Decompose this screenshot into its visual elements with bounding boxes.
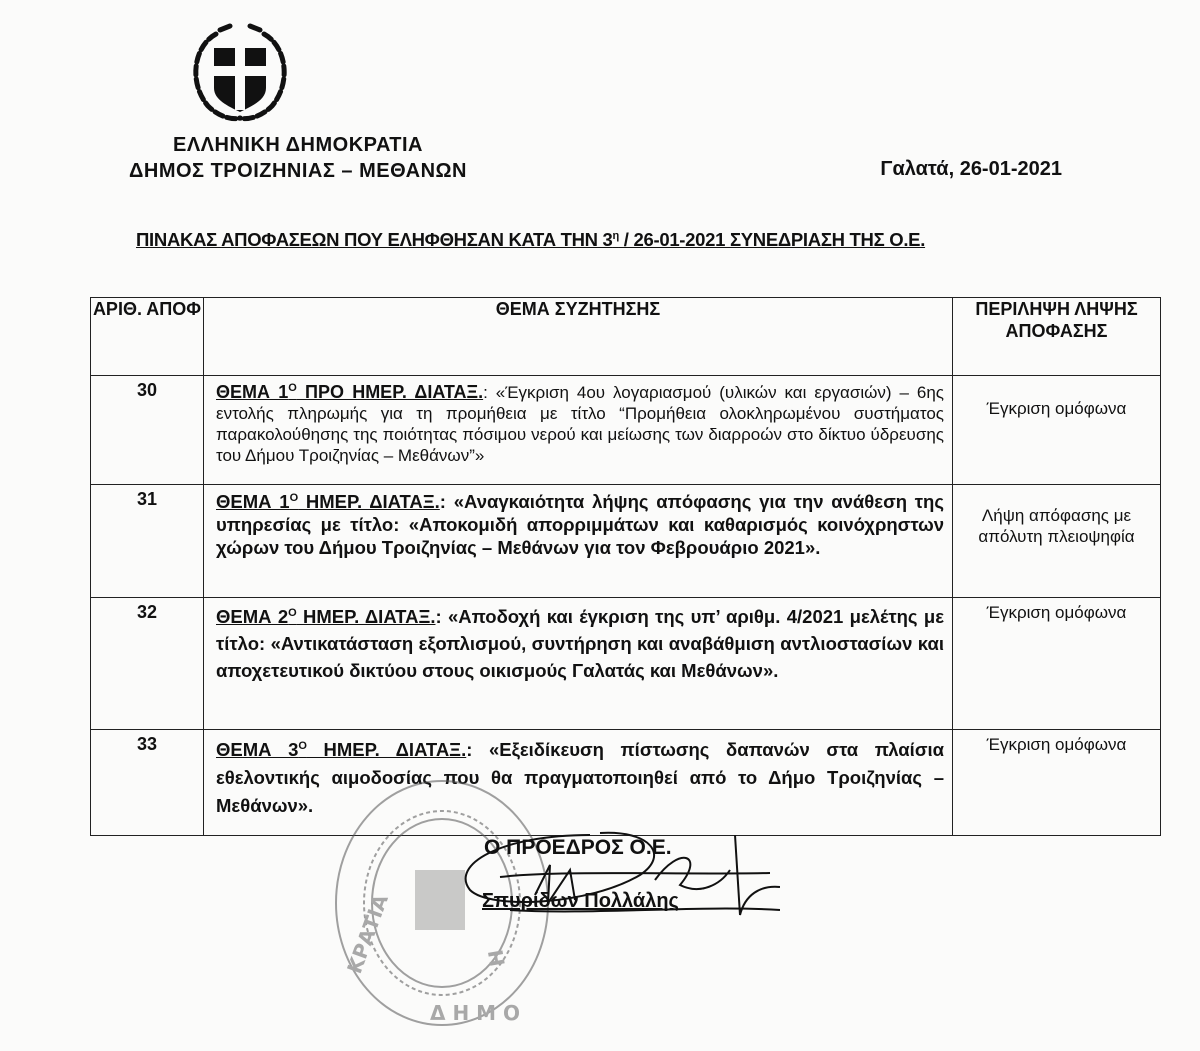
table-header-row: ΑΡΙΘ. ΑΠΟΦ ΘΕΜΑ ΣΥΖΗΤΗΣΗΣ ΠΕΡΙΛΗΨΗ ΛΗΨΗΣ… <box>91 298 1161 376</box>
topic-label: ΘΕΜΑ 2Ο ΗΜΕΡ. ΔΙΑΤΑΞ. <box>216 606 435 627</box>
topic-label: ΘΕΜΑ 3Ο ΗΜΕΡ. ΔΙΑΤΑΞ. <box>216 739 466 760</box>
decisions-table: ΑΡΙΘ. ΑΠΟΦ ΘΕΜΑ ΣΥΖΗΤΗΣΗΣ ΠΕΡΙΛΗΨΗ ΛΗΨΗΣ… <box>90 297 1161 836</box>
handwritten-signature-icon <box>440 815 780 935</box>
header-decision-number: ΑΡΙΘ. ΑΠΟΦ <box>91 298 204 376</box>
title-text: ΠΙΝΑΚΑΣ ΑΠΟΦΑΣΕΩΝ ΠΟΥ ΕΛΗΦΘΗΣΑΝ ΚΑΤΑ ΤΗΝ… <box>136 229 613 250</box>
decision-topic: ΘΕΜΑ 1Ο ΠΡΟ ΗΜΕΡ. ΔΙΑΤΑΞ.: «Έγκριση 4ου … <box>204 376 953 485</box>
signatory-title: Ο ΠΡΟΕΔΡΟΣ Ο.Ε. <box>484 836 672 860</box>
decision-number: 30 <box>91 376 204 485</box>
title-text-end: / 26-01-2021 ΣΥΝΕΔΡΙΑΣΗ ΤΗΣ Ο.Ε. <box>619 229 925 250</box>
decision-topic: ΘΕΜΑ 2Ο ΗΜΕΡ. ΔΙΑΤΑΞ.: «Αποδοχή και έγκρ… <box>204 598 953 730</box>
table-row: 32 ΘΕΜΑ 2Ο ΗΜΕΡ. ΔΙΑΤΑΞ.: «Αποδοχή και έ… <box>91 598 1161 730</box>
greek-coat-of-arms-icon <box>186 22 294 126</box>
signatory-name: Σπυρίδων Πολλάλης <box>482 890 679 913</box>
decision-number: 32 <box>91 598 204 730</box>
municipality-name: ΔΗΜΟΣ ΤΡΟΙΖΗΝΙΑΣ – ΜΕΘΑΝΩΝ <box>108 158 488 184</box>
svg-text:ΚΡΑΤΙΑ: ΚΡΑΤΙΑ <box>342 891 393 977</box>
table-row: 31 ΘΕΜΑ 1Ο ΗΜΕΡ. ΔΙΑΤΑΞ.: «Αναγκαιότητα … <box>91 485 1161 598</box>
decision-topic: ΘΕΜΑ 1Ο ΗΜΕΡ. ΔΙΑΤΑΞ.: «Αναγκαιότητα λήψ… <box>204 485 953 598</box>
decision-summary: Έγκριση ομόφωνα <box>953 376 1161 485</box>
document-title: ΠΙΝΑΚΑΣ ΑΠΟΦΑΣΕΩΝ ΠΟΥ ΕΛΗΦΘΗΣΑΝ ΚΑΤΑ ΤΗΝ… <box>136 229 1066 251</box>
decision-number: 31 <box>91 485 204 598</box>
svg-text:Δ Η Μ Ο: Δ Η Μ Ο <box>430 1001 520 1025</box>
decision-summary: Λήψη απόφασης με απόλυτη πλειοψηφία <box>953 485 1161 598</box>
country-name: ΕΛΛΗΝΙΚΗ ΔΗΜΟΚΡΑΤΙΑ <box>108 132 488 158</box>
place-date: Γαλατά, 26-01-2021 <box>880 158 1062 181</box>
header-topic: ΘΕΜΑ ΣΥΖΗΤΗΣΗΣ <box>204 298 953 376</box>
header-summary: ΠΕΡΙΛΗΨΗ ΛΗΨΗΣ ΑΠΟΦΑΣΗΣ <box>953 298 1161 376</box>
issuer-block: ΕΛΛΗΝΙΚΗ ΔΗΜΟΚΡΑΤΙΑ ΔΗΜΟΣ ΤΡΟΙΖΗΝΙΑΣ – Μ… <box>108 132 488 184</box>
table-row: 30 ΘΕΜΑ 1Ο ΠΡΟ ΗΜΕΡ. ΔΙΑΤΑΞ.: «Έγκριση 4… <box>91 376 1161 485</box>
topic-label: ΘΕΜΑ 1Ο ΗΜΕΡ. ΔΙΑΤΑΞ. <box>216 491 440 512</box>
decision-number: 33 <box>91 730 204 836</box>
svg-text:Η: Η <box>483 948 510 969</box>
decision-summary: Έγκριση ομόφωνα <box>953 730 1161 836</box>
topic-label: ΘΕΜΑ 1Ο ΠΡΟ ΗΜΕΡ. ΔΙΑΤΑΞ. <box>216 382 483 402</box>
decision-summary: Έγκριση ομόφωνα <box>953 598 1161 730</box>
